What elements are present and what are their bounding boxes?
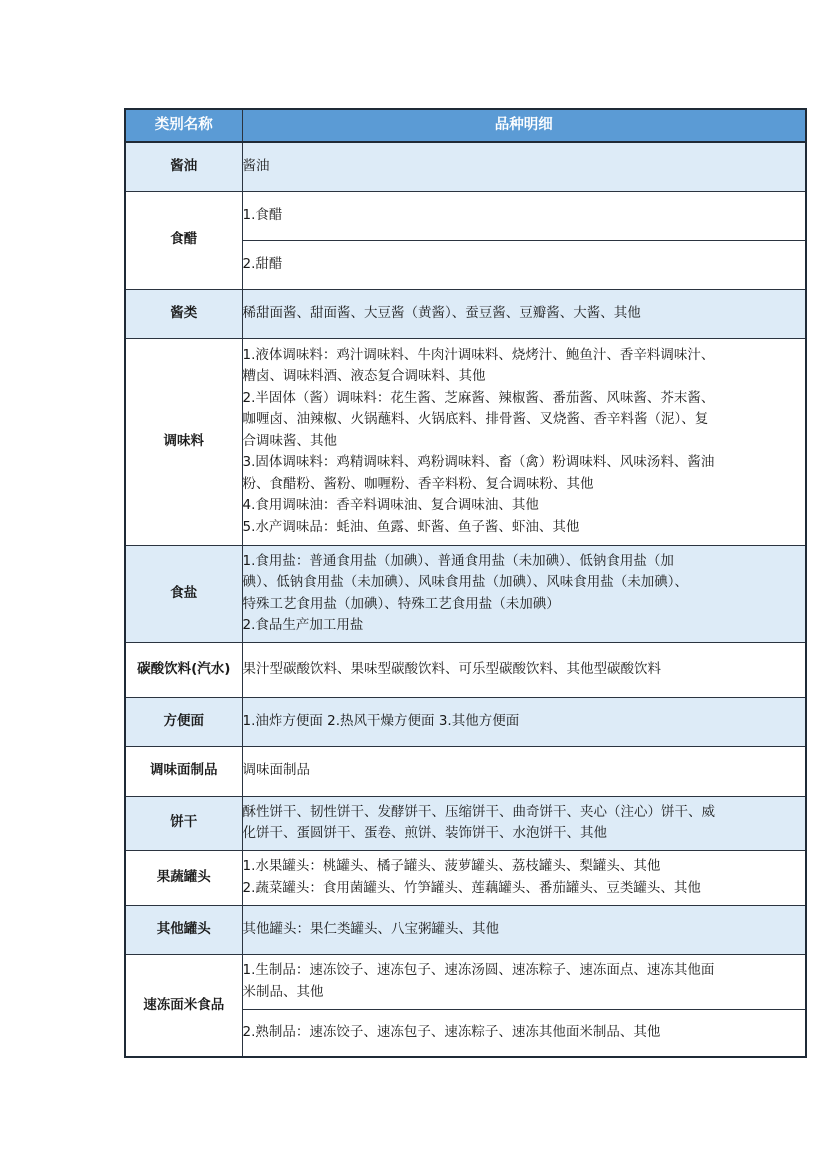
- header-category: 类别名称: [125, 109, 242, 142]
- details-cell: 2.熟制品：速冻饺子、速冻包子、速冻粽子、速冻其他面米制品、其他: [242, 1009, 806, 1057]
- details-cell: 酱油: [242, 142, 806, 191]
- details-cell: 调味面制品: [242, 746, 806, 796]
- detail-line: 3.固体调味料：鸡精调味料、鸡粉调味料、畜（禽）粉调味料、风味汤料、酱油: [243, 452, 806, 474]
- detail-line: 碘）、低钠食用盐（未加碘）、风味食用盐（加碘）、风味食用盐（未加碘）、: [243, 572, 806, 594]
- detail-line: 米制品、其他: [243, 982, 806, 1004]
- detail-line: 4.食用调味油：香辛料调味油、复合调味油、其他: [243, 495, 806, 517]
- details-cell: 其他罐头：果仁类罐头、八宝粥罐头、其他: [242, 905, 806, 954]
- detail-line: 酥性饼干、韧性饼干、发酵饼干、压缩饼干、曲奇饼干、夹心（注心）饼干、威: [243, 802, 806, 824]
- detail-line: 1.水果罐头：桃罐头、橘子罐头、菠萝罐头、荔枝罐头、梨罐头、其他: [243, 856, 806, 878]
- category-cell: 食盐: [125, 545, 242, 642]
- food-category-table: 类别名称 品种明细 酱油 酱油 食醋 1.食醋 2.甜醋: [124, 108, 807, 1058]
- detail-line: 1.食醋: [243, 205, 806, 227]
- category-cell: 速冻面米食品: [125, 954, 242, 1057]
- details-cell: 果汁型碳酸饮料、果味型碳酸饮料、可乐型碳酸饮料、其他型碳酸饮料: [242, 642, 806, 697]
- detail-line: 1.液体调味料：鸡汁调味料、牛肉汁调味料、烧烤汁、鲍鱼汁、香辛料调味汁、: [243, 345, 806, 367]
- document-page: 类别名称 品种明细 酱油 酱油 食醋 1.食醋 2.甜醋: [0, 0, 826, 1169]
- detail-line: 特殊工艺食用盐（加碘）、特殊工艺食用盐（未加碘）: [243, 594, 806, 616]
- details-cell: 1.液体调味料：鸡汁调味料、牛肉汁调味料、烧烤汁、鲍鱼汁、香辛料调味汁、 糟卤、…: [242, 338, 806, 545]
- details-cell: 1.食用盐：普通食用盐（加碘）、普通食用盐（未加碘）、低钠食用盐（加 碘）、低钠…: [242, 545, 806, 642]
- detail-line: 合调味酱、其他: [243, 431, 806, 453]
- details-cell: 稀甜面酱、甜面酱、大豆酱（黄酱）、蚕豆酱、豆瓣酱、大酱、其他: [242, 289, 806, 338]
- table-row: 果蔬罐头 1.水果罐头：桃罐头、橘子罐头、菠萝罐头、荔枝罐头、梨罐头、其他 2.…: [125, 850, 806, 905]
- details-cell: 1.生制品：速冻饺子、速冻包子、速冻汤圆、速冻粽子、速冻面点、速冻其他面 米制品…: [242, 954, 806, 1009]
- category-cell: 碳酸饮料(汽水): [125, 642, 242, 697]
- details-cell: 1.油炸方便面 2.热风干燥方便面 3.其他方便面: [242, 697, 806, 746]
- table-row: 速冻面米食品 1.生制品：速冻饺子、速冻包子、速冻汤圆、速冻粽子、速冻面点、速冻…: [125, 954, 806, 1009]
- table-row: 其他罐头 其他罐头：果仁类罐头、八宝粥罐头、其他: [125, 905, 806, 954]
- detail-line: 2.熟制品：速冻饺子、速冻包子、速冻粽子、速冻其他面米制品、其他: [243, 1022, 806, 1044]
- details-cell: 2.甜醋: [242, 240, 806, 289]
- detail-line: 咖喱卤、油辣椒、火锅蘸料、火锅底料、排骨酱、叉烧酱、香辛料酱（泥）、复: [243, 409, 806, 431]
- category-cell: 其他罐头: [125, 905, 242, 954]
- table-row: 饼干 酥性饼干、韧性饼干、发酵饼干、压缩饼干、曲奇饼干、夹心（注心）饼干、威 化…: [125, 796, 806, 850]
- table-row: 碳酸饮料(汽水) 果汁型碳酸饮料、果味型碳酸饮料、可乐型碳酸饮料、其他型碳酸饮料: [125, 642, 806, 697]
- table-row: 酱油 酱油: [125, 142, 806, 191]
- detail-line: 1.油炸方便面 2.热风干燥方便面 3.其他方便面: [243, 711, 806, 733]
- detail-line: 糟卤、调味料酒、液态复合调味料、其他: [243, 366, 806, 388]
- header-details: 品种明细: [242, 109, 806, 142]
- table-row: 方便面 1.油炸方便面 2.热风干燥方便面 3.其他方便面: [125, 697, 806, 746]
- category-cell: 方便面: [125, 697, 242, 746]
- table-row: 食盐 1.食用盐：普通食用盐（加碘）、普通食用盐（未加碘）、低钠食用盐（加 碘）…: [125, 545, 806, 642]
- table-row: 食醋 1.食醋: [125, 191, 806, 240]
- detail-line: 其他罐头：果仁类罐头、八宝粥罐头、其他: [243, 919, 806, 941]
- table-row: 酱类 稀甜面酱、甜面酱、大豆酱（黄酱）、蚕豆酱、豆瓣酱、大酱、其他: [125, 289, 806, 338]
- detail-line: 调味面制品: [243, 760, 806, 782]
- detail-line: 1.食用盐：普通食用盐（加碘）、普通食用盐（未加碘）、低钠食用盐（加: [243, 551, 806, 573]
- detail-line: 果汁型碳酸饮料、果味型碳酸饮料、可乐型碳酸饮料、其他型碳酸饮料: [243, 659, 806, 681]
- detail-line: 2.甜醋: [243, 254, 806, 276]
- table-row: 调味料 1.液体调味料：鸡汁调味料、牛肉汁调味料、烧烤汁、鲍鱼汁、香辛料调味汁、…: [125, 338, 806, 545]
- detail-line: 酱油: [243, 156, 806, 178]
- category-cell: 饼干: [125, 796, 242, 850]
- header-row: 类别名称 品种明细: [125, 109, 806, 142]
- detail-line: 2.蔬菜罐头：食用菌罐头、竹笋罐头、莲藕罐头、番茄罐头、豆类罐头、其他: [243, 878, 806, 900]
- detail-line: 粉、食醋粉、酱粉、咖喱粉、香辛料粉、复合调味粉、其他: [243, 474, 806, 496]
- table-row: 调味面制品 调味面制品: [125, 746, 806, 796]
- category-cell: 酱油: [125, 142, 242, 191]
- details-cell: 1.食醋: [242, 191, 806, 240]
- category-cell: 调味面制品: [125, 746, 242, 796]
- detail-line: 2.食品生产加工用盐: [243, 615, 806, 637]
- category-cell: 酱类: [125, 289, 242, 338]
- detail-line: 稀甜面酱、甜面酱、大豆酱（黄酱）、蚕豆酱、豆瓣酱、大酱、其他: [243, 303, 806, 325]
- details-cell: 酥性饼干、韧性饼干、发酵饼干、压缩饼干、曲奇饼干、夹心（注心）饼干、威 化饼干、…: [242, 796, 806, 850]
- detail-line: 1.生制品：速冻饺子、速冻包子、速冻汤圆、速冻粽子、速冻面点、速冻其他面: [243, 960, 806, 982]
- category-cell: 调味料: [125, 338, 242, 545]
- category-cell: 果蔬罐头: [125, 850, 242, 905]
- detail-line: 5.水产调味品：蚝油、鱼露、虾酱、鱼子酱、虾油、其他: [243, 517, 806, 539]
- details-cell: 1.水果罐头：桃罐头、橘子罐头、菠萝罐头、荔枝罐头、梨罐头、其他 2.蔬菜罐头：…: [242, 850, 806, 905]
- detail-line: 2.半固体（酱）调味料：花生酱、芝麻酱、辣椒酱、番茄酱、风味酱、芥末酱、: [243, 388, 806, 410]
- detail-line: 化饼干、蛋圆饼干、蛋卷、煎饼、装饰饼干、水泡饼干、其他: [243, 823, 806, 845]
- category-cell: 食醋: [125, 191, 242, 289]
